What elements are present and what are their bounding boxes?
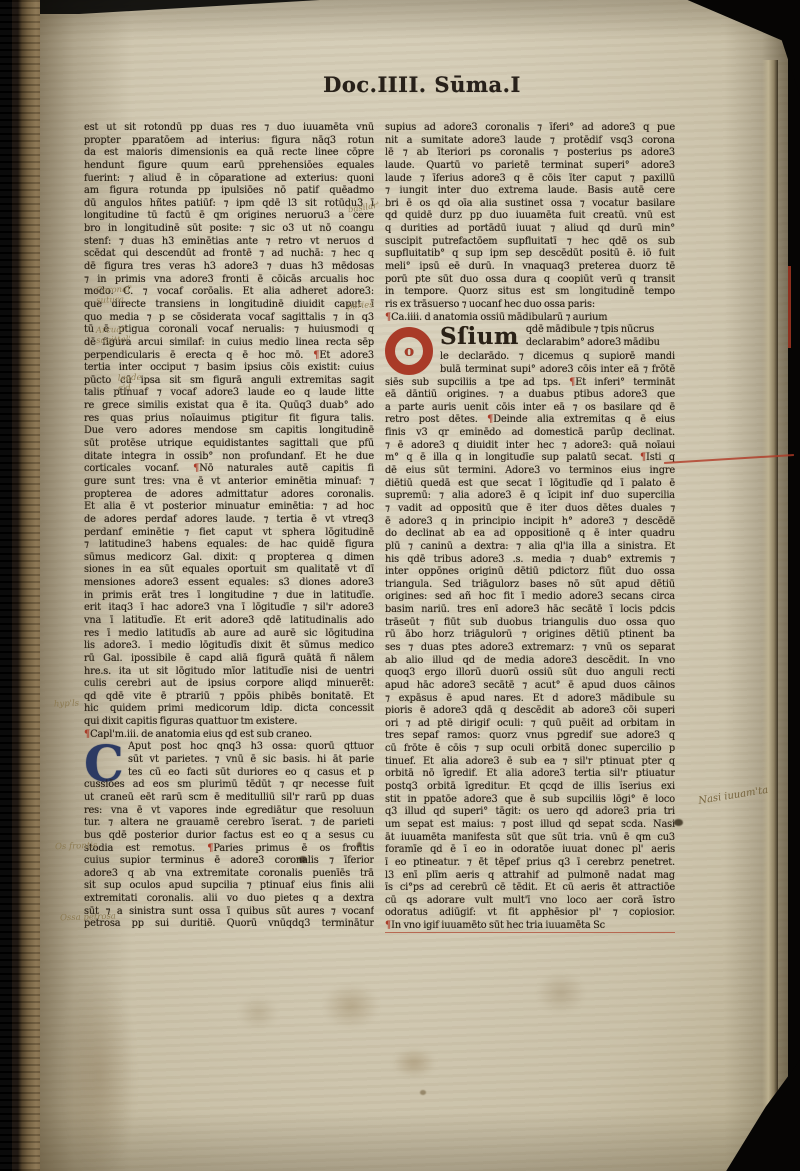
text-line: bulā terminat supi° adore3 cōis inter eā… (440, 364, 675, 377)
text-line: tinuef. Et alia adore3 ē sub ea ⁊ sil'r … (385, 756, 675, 769)
text-line: porū pte sūt duo ossa dura q coopiūt ver… (385, 274, 675, 287)
text-line: inter oppōnes originū dētiū pdictorz fiū… (385, 566, 675, 579)
text-line: culis cerebri aut de ipsius corpore aliq… (84, 678, 374, 691)
text-line: ¶In vno igif iuuamēto sūt hec tria iuuam… (385, 920, 675, 933)
text-line: tres sepaf ramos: quorz vnus pgredif sue… (385, 730, 675, 743)
text-line: īs ci°ps ad cerebrū cē tēdit. Et cū aeri… (385, 882, 675, 895)
text-line: supfluitatib° q sup ipm sep descēdūt pos… (385, 248, 675, 261)
illuminated-initial-O: o (385, 327, 433, 375)
text-line: origines: sed añ hoc fit ī medio adore3 … (385, 591, 675, 604)
text-line: laude ⁊ īferius adore3 q ē cōis īter cap… (385, 173, 675, 186)
text-line: āt iuuamēta manifesta sūt que sūt tria. … (385, 832, 675, 845)
text-line: Et alia ē vt posterior minuatur eminētia… (84, 501, 374, 514)
page-header: Doc.IIII. Sūma.I (302, 72, 542, 97)
text-line: quo media ⁊ p se cōsiderata vocaf sagitt… (84, 312, 374, 325)
text-line: quoq3 ergo illorū duorū ossiū sūt duo an… (385, 667, 675, 680)
text-line: erit itaq3 ī hac adore3 vna ī lōgitudīe … (84, 602, 374, 615)
text-line: rū ābo horz triāgulorū ⁊ origines dētiū … (385, 629, 675, 642)
text-line: ab alio illud qd de media adore3 descēdi… (385, 655, 675, 668)
pilcrow-mark: ¶ (385, 312, 391, 323)
pilcrow-mark: ¶ (640, 452, 646, 463)
text-line: in tempore. Quorz situs est sm longitudi… (385, 286, 675, 299)
text-line: declarabim° adore3 mādibu (526, 337, 660, 350)
text-line: dē eius sūt termini. Adore3 vo terminos … (385, 465, 675, 478)
text-line: stit in ppatōe adore3 que ē sub supcilii… (385, 794, 675, 807)
text-column-left: est ut sit rotondū pp duas res ⁊ duo iuu… (84, 122, 374, 931)
red-pen-edge-mark (788, 266, 791, 348)
text-line: foramīe qd ē ī eo in odoratōe iuuat done… (385, 844, 675, 857)
text-line: ⁊ expāsus ē apud nares. Et d adore3 mādi… (385, 693, 675, 706)
margin-note-paries: paries (347, 301, 374, 312)
pilcrow-mark: ¶ (207, 843, 213, 854)
text-line: suscipit putrefactōem supfluitatī ⁊ hec … (385, 236, 675, 249)
text-line: diētiū quedā est que secat ī lōgitudīe q… (385, 478, 675, 491)
parchment-stain (238, 996, 278, 1030)
page-right-edge (762, 60, 778, 1171)
pilcrow-mark: ¶ (193, 463, 199, 474)
parchment-stain (536, 972, 586, 1014)
text-line: ditate integra in ossib° non profundanf.… (84, 451, 374, 464)
text-line: ē adore3 q in principio incipit h° adore… (385, 516, 675, 529)
text-line: cū qs adorare vult mult'ī vno loco aer c… (385, 895, 675, 908)
text-line: do declinat ab ea ad oppositionē q ē int… (385, 528, 675, 541)
pilcrow-mark: ¶ (313, 350, 319, 361)
text-line: ⁊ ē adore3 q diuidit inter hec ⁊ adore3:… (385, 440, 675, 453)
text-line: tes cū eo facti sūt duriores eo q casus … (128, 767, 374, 780)
pilcrow-mark: ¶ (487, 414, 493, 425)
text-line: bro in longitudinē sūt posite: ⁊ sic o3 … (84, 223, 374, 236)
text-line: plū ⁊ caninū a dextra: ⁊ alia ql'ia illa… (385, 541, 675, 554)
text-line: re grece similis existat qua ē ita. Quūq… (84, 400, 374, 413)
text-line: his qdē tribus adore3 .s. media ⁊ duab° … (385, 554, 675, 567)
text-line: Aput post hoc qnq3 h3 ossa: quorū qttuor (128, 741, 374, 754)
text-line: ī eo ptineatur. ⁊ ēt tēpef prius q3 ī ce… (385, 857, 675, 870)
margin-note-arcualis: Arcual' sagittal' (96, 325, 151, 346)
text-line: pioris ē adore3 qdā q descēdit ab adore3… (385, 705, 675, 718)
parchment-stain (322, 983, 380, 1029)
text-line: gure sunt tres: vna ē vt anterior eminēt… (84, 476, 374, 489)
text-line: perpendicularis ē erecta q ē hoc mō. ¶Et… (84, 350, 374, 363)
incipit-side-lines: qdē mādibule ⁊ tpis nūcrusdeclarabim° ad… (526, 324, 660, 349)
text-line: sūt protēse utrique equidistantes sagitt… (84, 438, 374, 451)
text-line: retro post dētes. ¶Deinde alia extremita… (385, 414, 675, 427)
text-line: de adores perdaf adores laude. ⁊ tertia … (84, 514, 374, 527)
margin-note-hyp: hyp'ls (54, 700, 79, 710)
text-line: rū Gal. ipossibile ē capd aliā figurā qu… (84, 653, 374, 666)
initial-inner-letter: o (395, 339, 423, 363)
text-line: fuerint: ⁊ aliud ē in cōparatione ad ext… (84, 173, 374, 186)
text-line: scēdat qui descendūt ad frontē ⁊ ad nuch… (84, 248, 374, 261)
text-line: vna ī latitudīe. Et erit adore3 qdē lati… (84, 615, 374, 628)
text-line: q durities ad portādū iuuat ⁊ aliud qd d… (385, 223, 675, 236)
text-line: siēs sub supciliis a tpe ad tps. ¶Et inf… (385, 377, 675, 390)
text-line: ⁊ iungit inter duo extrema laude. Basis … (385, 185, 675, 198)
text-line: a parte auris uenit cōis inter eā ⁊ os b… (385, 402, 675, 415)
text-line: qui dixit capitis figuras quattuor tm ex… (84, 716, 374, 729)
text-line: sit sup oculos apud supcilia ⁊ ptinuaf e… (84, 880, 374, 893)
text-line: hendunt figure quum earū pprehensiōes eq… (84, 160, 374, 173)
text-line: am figura rotunda pp ipulsiōes nō patif … (84, 185, 374, 198)
text-line: meli° ipsū eē durū. In vnaquaq3 preterea… (385, 261, 675, 274)
text-line: dē figura tres veras h3 adore3 ⁊ duas h3… (84, 261, 374, 274)
text-line: q3 illud qd superi° tāgit: os uero qd ad… (385, 806, 675, 819)
initial-block: oSſiumqdē mādibule ⁊ tpis nūcrusdeclarab… (385, 324, 675, 364)
text-line: finis v3 qr eminēdo ad domesticā parūp d… (385, 427, 675, 440)
pilcrow-mark: ¶ (84, 729, 90, 740)
text-line: hre.s. ita ut sit lōgitudo mīor latitudī… (84, 666, 374, 679)
text-line: orbitā nō īgredif. Et alia adore3 tertia… (385, 768, 675, 781)
margin-note-laude: laude c'd (118, 373, 155, 393)
text-column-right: supius ad adore3 coronalis ⁊ īferi° ad a… (385, 122, 675, 933)
text-line: m° q ē illa q in longitudīe sup palatū s… (385, 452, 675, 465)
text-line: cuius supior terminus ē adore3 coronalis… (84, 855, 374, 868)
parchment-stain (60, 975, 138, 1171)
text-line: eā dāntiū origines. ⁊ a duabus ptibus ad… (385, 389, 675, 402)
text-line: ris ex trāsuerso ⁊ uocanf hec duo ossa p… (385, 299, 675, 312)
text-line: res: vna ē vt vapores inde egrediātur qu… (84, 805, 374, 818)
ink-speck (420, 1090, 426, 1095)
text-line: cussiōes ad eos sm plurimū tēdūt ⁊ qr ne… (84, 779, 374, 792)
text-line: nit a sumitate adore3 laude ⁊ protēdif v… (385, 135, 675, 148)
text-line: hic quidem primi medicorum ldip. dicta c… (84, 703, 374, 716)
text-line: Due vero adores mendose sm capitis longi… (84, 425, 374, 438)
initial-block: CAput post hoc qnq3 h3 ossa: quorū qttuo… (84, 741, 374, 779)
text-line: qd qdē vite ē ptrariū ⁊ ppōis phibēs bon… (84, 691, 374, 704)
text-line: mensiones adore3 essent equales: s3 dion… (84, 577, 374, 590)
text-line: l3 enī plīm aeris q attrahif ad pulmonē … (385, 870, 675, 883)
text-line: dū angulos hñtes patiūf: ⁊ ipm qdē l3 si… (84, 198, 374, 211)
text-line: qd quidē durz pp duo iuuamēta fuit creat… (385, 210, 675, 223)
text-line: est ut sit rotondū pp duas res ⁊ duo iuu… (84, 122, 374, 135)
text-line: longitudine tū factū ē qm origines neruo… (84, 210, 374, 223)
text-line: in primis erāt tres ī longitudine ⁊ due … (84, 590, 374, 603)
text-line: adore3 q ab vna extremitate coronalis pu… (84, 868, 374, 881)
text-line: ut craneū eēt rarū scm ē meditulliū sil'… (84, 792, 374, 805)
text-line: propterea de adores admittatur adores co… (84, 489, 374, 502)
text-line: odoratus adiūgif: vt fit apphēsior pl' ⁊… (385, 907, 675, 920)
text-line: ⁊ latitudine3 habens equales: de hac qui… (84, 539, 374, 552)
margin-note-coronalis: Coronal' sutura (96, 285, 147, 306)
text-line: corticales vocanf. ¶Nō naturales autē ca… (84, 463, 374, 476)
text-line: propter pparatōem ad interius: figura nā… (84, 135, 374, 148)
text-line: postq3 orbitā īgreditur. Et qcqd de illi… (385, 781, 675, 794)
text-line: sūt vt parietes. ⁊ vnū ē sic basis. hi ā… (128, 754, 374, 767)
text-line: ⁊ vadit ad oppositū que ē iter duos dēte… (385, 503, 675, 516)
pilcrow-mark: ¶ (385, 920, 391, 931)
pilcrow-mark: ¶ (569, 377, 575, 388)
text-line: cū frōte ē cōis ⁊ sup oculi orbitā donec… (385, 743, 675, 756)
text-line: ses ⁊ duas ptes adore3 extremarz: ⁊ vnū … (385, 642, 675, 655)
text-line: stodia est remotus. ¶Paries primus ē os … (84, 843, 374, 856)
text-line: supius ad adore3 coronalis ⁊ īferi° ad a… (385, 122, 675, 135)
text-line: supremū: ⁊ alia adore3 ē q īcipit inf du… (385, 490, 675, 503)
text-line: res quas prius noīauimus ptigitur fit fi… (84, 413, 374, 426)
text-line: laude. Quartū vo parietē terminat superi… (385, 160, 675, 173)
incipit-line: Sſiumqdē mādibule ⁊ tpis nūcrusdeclarabi… (440, 324, 675, 351)
text-line: trāseūt ⁊ fiūt sub duobus triangulis duo… (385, 617, 675, 630)
text-line: basim nariū. tres enī adore3 hāc secātē … (385, 604, 675, 617)
chapter-heading-line: ¶Ca.iiii. d anatomia ossiū mādibularū ⁊ … (385, 312, 675, 325)
text-line: perdanf eminētie ⁊ fiet caput vt sphera … (84, 527, 374, 540)
text-line: triangula. Sed triāgulorz bases nō sūt a… (385, 579, 675, 592)
parchment-stain (392, 1048, 436, 1078)
text-line: lē ⁊ ab īteriori ps coronalis ⁊ posteriu… (385, 147, 675, 160)
text-line: um sepat est maius: ⁊ post illud qd sepa… (385, 819, 675, 832)
text-line: apud hāc adore3 secātē ⁊ acut° ē apud du… (385, 680, 675, 693)
ink-speck (674, 819, 683, 826)
text-line: lis adore3. ī medio lōgitudīs dixit ēt s… (84, 640, 374, 653)
text-line: qdē mādibule ⁊ tpis nūcrus (526, 324, 660, 337)
incipit-word: Sſium (440, 324, 519, 349)
text-line: tur. ⁊ altera ne grauamē cerebro īserat.… (84, 817, 374, 830)
text-line: bus qdē posterior durior factus est eo q… (84, 830, 374, 843)
text-line: le declarādo. ⁊ dicemus q supiorē mandi (440, 351, 675, 364)
text-line: ori ⁊ ad ptē dirigif oculi: ⁊ quū puēit … (385, 718, 675, 731)
text-line: sūmus medicorz Gal. dixit: q propterea q… (84, 552, 374, 565)
text-line: siones in ea sūt equales oportuit sm qua… (84, 564, 374, 577)
text-line: extremitati coronalis. alii vo duo piete… (84, 893, 374, 906)
chapter-heading-line: ¶Capl'm.iii. de anatomia eius qd est sub… (84, 729, 374, 742)
text-line: da est maioris dimensionis ea quā recte … (84, 147, 374, 160)
text-line: bri ē os qd oīa alia sustinet ossa ⁊ voc… (385, 198, 675, 211)
text-line: res ī medio latitudīs ab aure ad aurē si… (84, 628, 374, 641)
text-line: stenf: ⁊ duas h3 eminētias ante ⁊ retro … (84, 236, 374, 249)
